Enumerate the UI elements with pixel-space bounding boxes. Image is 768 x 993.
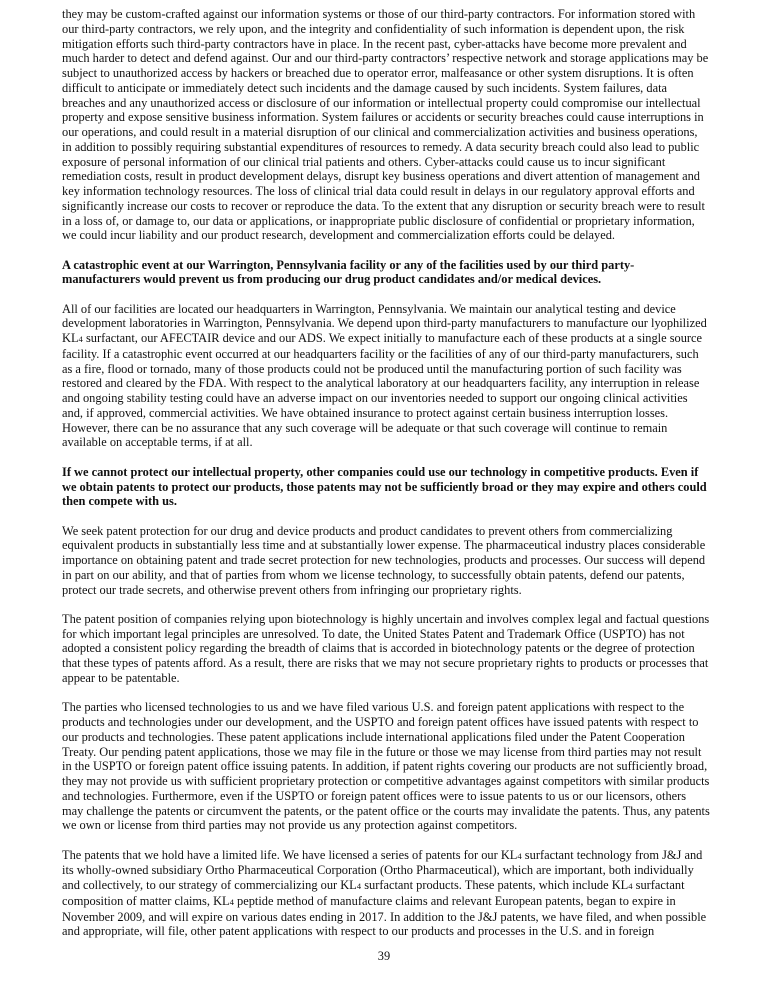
heading-catastrophic-event: A catastrophic event at our Warrington, … [62, 258, 710, 288]
paragraph-patent-protection: We seek patent protection for our drug a… [62, 524, 710, 598]
paragraph-cybersecurity-continued: they may be custom-crafted against our i… [62, 7, 710, 243]
heading-intellectual-property: If we cannot protect our intellectual pr… [62, 465, 710, 509]
paragraph-facilities: All of our facilities are located our he… [62, 302, 710, 451]
page-number: 39 [0, 949, 768, 964]
document-page: they may be custom-crafted against our i… [62, 7, 710, 954]
paragraph-patent-position: The patent position of companies relying… [62, 612, 710, 686]
kl4-subscript: 4 [79, 334, 83, 344]
paragraph-patent-applications: The parties who licensed technologies to… [62, 700, 710, 833]
kl4-subscript: 4 [357, 881, 361, 891]
kl4-subscript: 4 [628, 881, 632, 891]
kl4-subscript: 4 [230, 897, 234, 907]
paragraph-patent-life: The patents that we hold have a limited … [62, 848, 710, 940]
kl4-subscript: 4 [517, 851, 521, 861]
